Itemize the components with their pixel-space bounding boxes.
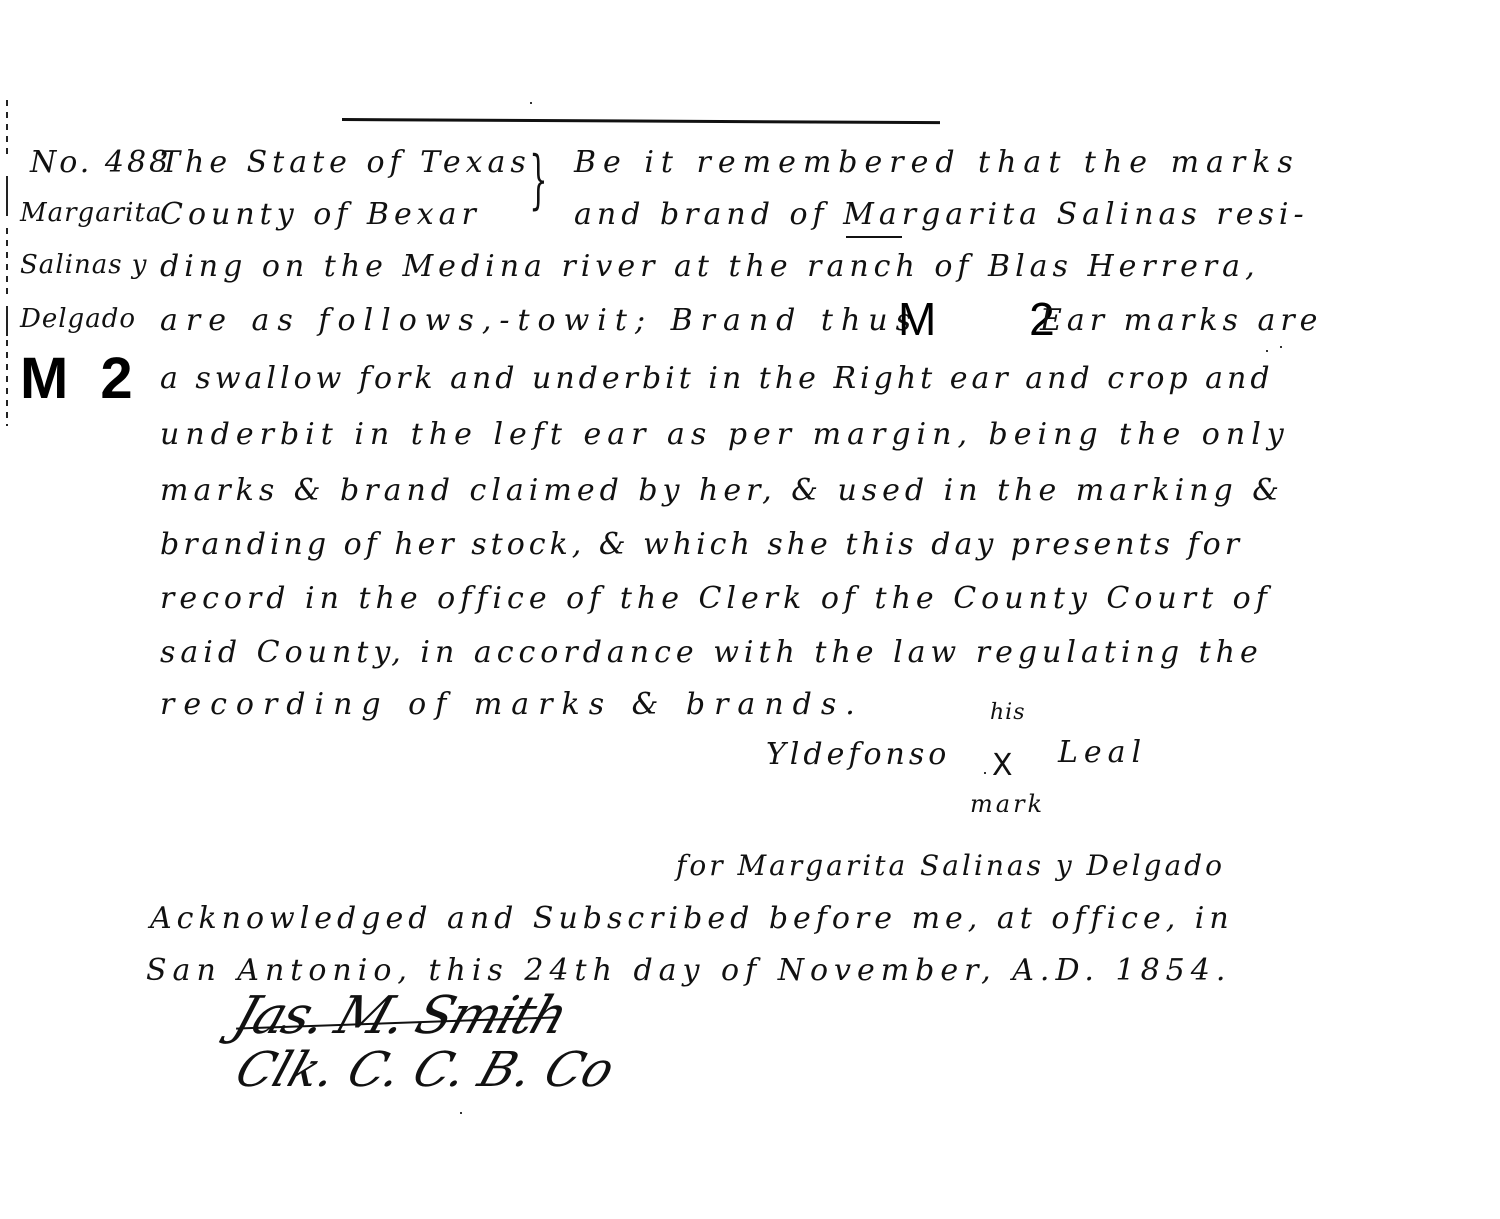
- scan-edge-artifact: [6, 340, 8, 426]
- acknowledgment-line-1: Acknowledged and Subscribed before me, a…: [150, 904, 1234, 934]
- body-line-6: underbit in the left ear as per margin, …: [160, 420, 1290, 450]
- heading-brace: }: [529, 148, 547, 212]
- heading-state: The State of Texas: [160, 148, 531, 178]
- signature-mark-x: X: [992, 748, 1013, 783]
- body-line-4: are as follows,-towit; Brand thus: [160, 306, 919, 336]
- body-line-9: record in the office of the Clerk of the…: [160, 584, 1272, 614]
- margin-name-line-3: Delgado: [20, 306, 136, 332]
- body-line-3: ding on the Medina river at the ranch of…: [160, 252, 1260, 282]
- signature-his: his: [990, 702, 1026, 724]
- body-line-10: said County, in accordance with the law …: [160, 638, 1263, 668]
- scan-speck: [1280, 346, 1282, 348]
- scan-speck: [984, 772, 986, 774]
- body-line-5: a swallow fork and underbit in the Right…: [160, 364, 1274, 394]
- scan-speck: [1266, 350, 1268, 352]
- scan-edge-artifact: [6, 306, 8, 336]
- acknowledgment-line-2: San Antonio, this 24th day of November, …: [146, 956, 1231, 986]
- top-rule-line: [342, 118, 940, 124]
- signature-last-name: Leal: [1058, 738, 1147, 768]
- document-page: No. 488 The State of Texas } Be it remem…: [0, 0, 1500, 1219]
- scan-edge-artifact: [6, 228, 8, 298]
- margin-name-line-2: Salinas y: [20, 252, 148, 278]
- margin-name-line-1: Margarita: [20, 200, 162, 226]
- body-line-7: marks & brand claimed by her, & used in …: [160, 476, 1284, 506]
- body-line-11: recording of marks & brands.: [160, 690, 864, 720]
- signature-for-line: for Margarita Salinas y Delgado: [676, 852, 1225, 880]
- name-underline: [846, 236, 902, 238]
- signature-mark-label: mark: [970, 792, 1045, 816]
- scan-edge-artifact: [6, 176, 8, 216]
- margin-brand-symbol: M 2: [20, 350, 141, 408]
- body-line-2: and brand of Margarita Salinas resi-: [574, 200, 1309, 230]
- record-number: No. 488: [30, 148, 171, 178]
- clerk-title: Clk. C. C. B. Co: [230, 1046, 620, 1094]
- body-line-4-continued: Ear marks are: [1040, 306, 1322, 336]
- clerk-signature: Jas. M. Smith: [228, 990, 573, 1042]
- scan-speck: [460, 1112, 462, 1114]
- scan-edge-artifact: [6, 100, 8, 160]
- signature-first-name: Yldefonso: [766, 740, 950, 770]
- body-line-8: branding of her stock, & which she this …: [160, 530, 1243, 560]
- body-line-1: Be it remembered that the marks: [574, 148, 1300, 178]
- heading-county: County of Bexar: [160, 200, 481, 230]
- scan-speck: [530, 102, 532, 104]
